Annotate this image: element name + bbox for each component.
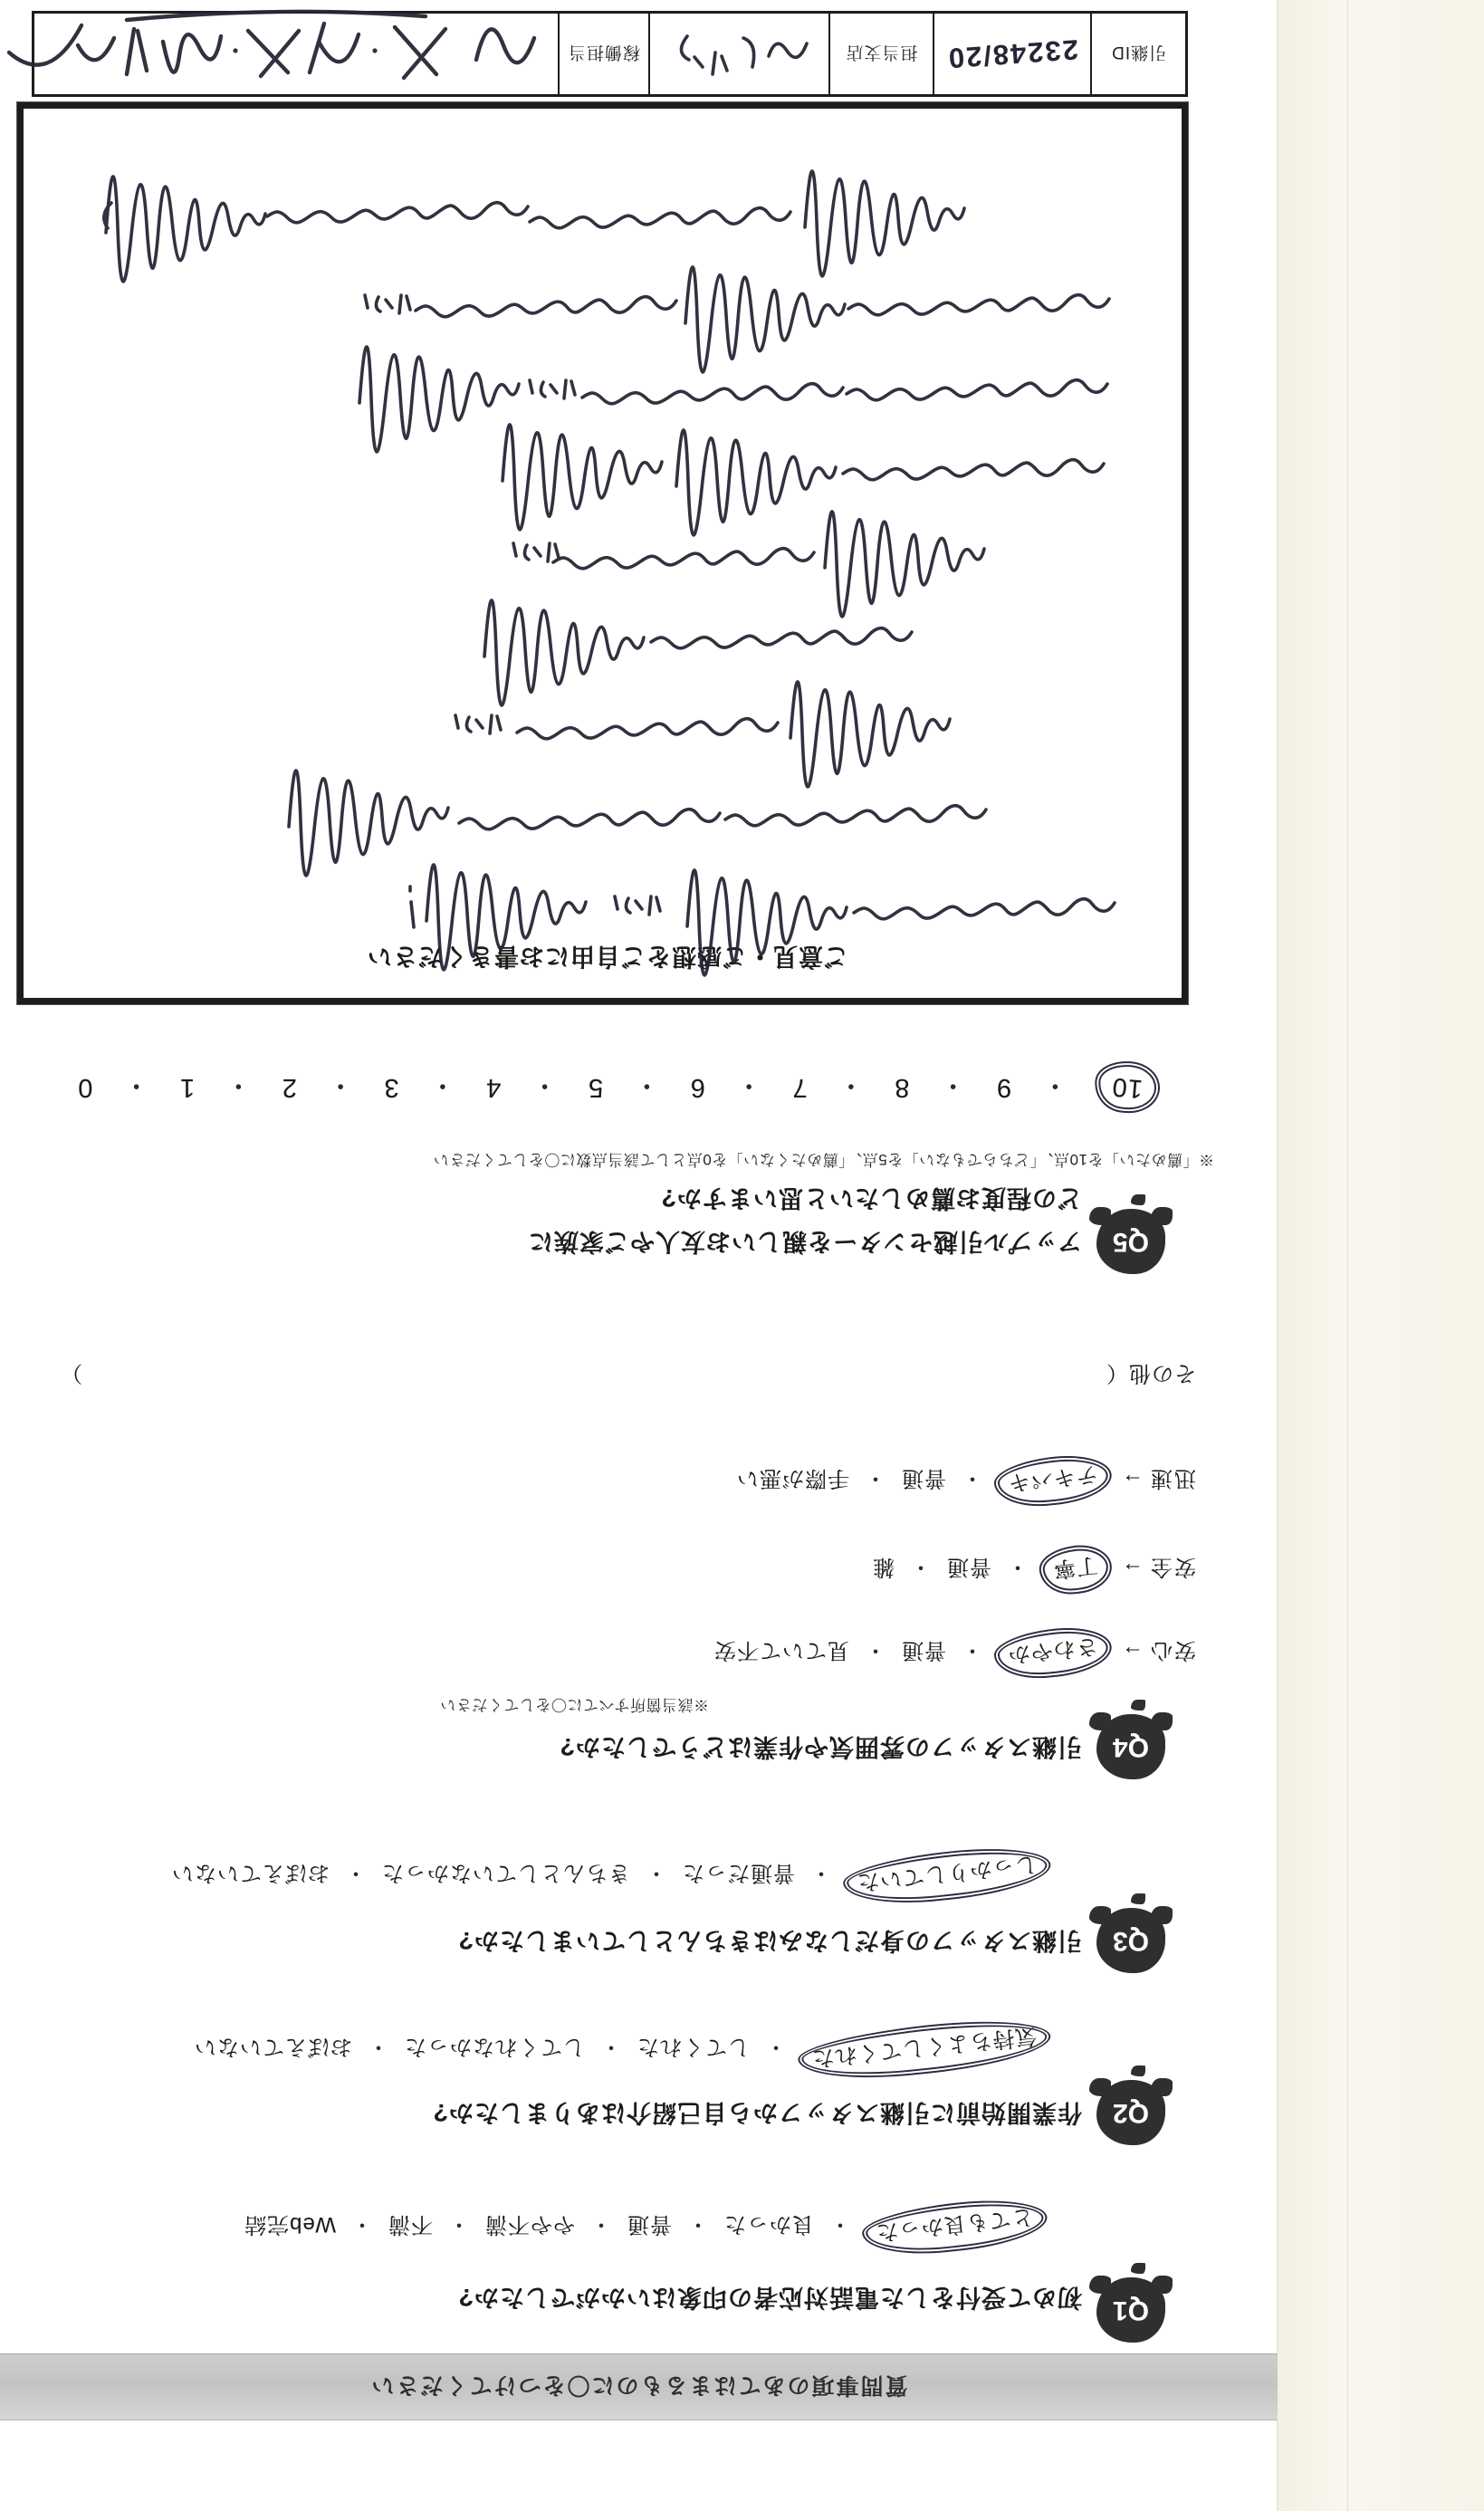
arrow-right-icon: → [1108,1557,1149,1583]
q4-row-anzen: 安全 → 丁寧 ・ 普通 ・ 雑 [872,1554,1196,1586]
separator-dot: ・ [750,2034,801,2065]
q1-option-3: やや不満 [484,2211,575,2243]
staff-label: 稼働担当 [568,42,640,66]
q2-question: 作業開始前に引継スタッフから自己紹介はありましたか? [433,2097,1083,2132]
q1-badge: Q1 [1096,2277,1165,2343]
separator-dot: ・ [849,1465,901,1497]
q1-option-1: 良かった [723,2211,814,2243]
staff-names-handwriting-ink [33,11,552,92]
branch-label: 担当支店 [846,42,918,66]
separator-dot: ・ [1027,1069,1083,1106]
q5-note: ※「薦めたい」を10点、「どちらでもない」を5点、「薦めたくない」を0点として該… [433,1150,1214,1173]
nps-value-9: 9 [996,1072,1011,1102]
q4-jinsoku-option-2: 手際が悪い [736,1465,849,1497]
q3-badge-label: Q3 [1113,1925,1149,1956]
separator-dot: ・ [108,1069,164,1106]
separator-dot: ・ [795,1860,847,1892]
q3-question: 引継スタッフの身だしなみはきちんとしていましたか? [458,1925,1083,1960]
branch-label-cell: 担当支店 [828,14,933,94]
q3-option-0: しっかりしていた [856,1852,1039,1895]
separator-dot: ・ [849,1637,901,1669]
q1-question: 初めて受付をした電話対応者の印象はいかがでしたか? [458,2282,1083,2317]
q4-jinsoku-circle: テキパキ [992,1451,1115,1510]
q2-options: 気持ちよくしてくれた ・ してくれた ・ してくれなかった ・ おぼえていない [194,2034,1048,2065]
nps-value-10: 10 [1110,1072,1144,1104]
q5-badge: Q5 [1096,1209,1165,1274]
nps-scale: 10 ・ 9 ・ 8 ・ 7 ・ 6 ・ 5 ・ 4 ・ 3 ・ 2 ・ 1 ・… [77,1069,1156,1106]
q4-anshin-option-2: 見ていて不安 [713,1637,849,1669]
q3-badge: Q3 [1096,1908,1165,1973]
q1-option-0: とても良かった [875,2204,1035,2245]
nps-value-7: 7 [791,1072,807,1102]
nps-answer-circle: 10 [1092,1059,1162,1116]
separator-dot: ・ [946,1637,998,1669]
q1-options: とても良かった ・ 良かった ・ 普通 ・ やや不満 ・ 不満 ・ Web完結 [244,2211,1044,2243]
q2-badge: Q2 [1096,2080,1165,2145]
q4-other-open: その他（ [1106,1360,1196,1392]
separator-dot: ・ [991,1554,1043,1586]
nps-value-1: 1 [179,1072,195,1102]
arrow-right-icon: → [1108,1641,1149,1666]
q2-option-2: してくれなかった [404,2034,585,2065]
separator-dot: ・ [672,2211,723,2243]
q2-option-1: してくれた [637,2034,750,2065]
separator-dot: ・ [330,1860,381,1892]
scan-edge-strip [1277,0,1484,2511]
separator-dot: ・ [516,1069,572,1106]
separator-dot: ・ [575,2211,627,2243]
q4-anzen-option-2: 雑 [872,1554,895,1586]
separator-dot: ・ [433,2211,484,2243]
handover-id-handwritten-value: 23248/20 [945,33,1078,74]
q2-badge-label: Q2 [1113,2097,1149,2128]
separator-dot: ・ [585,2034,637,2065]
q4-anzen-circle: 丁寧 [1037,1542,1114,1597]
separator-dot: ・ [721,1069,777,1106]
handover-id-value-cell: 23248/20 [933,14,1090,94]
q4-row-anzen-label: 安全 [1149,1554,1196,1586]
separator-dot: ・ [946,1465,998,1497]
q4-jinsoku-option-0: テキパキ [1007,1462,1099,1495]
q4-anshin-circle: さわやか [992,1623,1115,1682]
q2-option-0: 気持ちよくしてくれた [810,2023,1038,2071]
scanned-questionnaire-page: 質問事項のあてはまるものに〇をつけてください Q1 初めて受付をした電話対応者の… [0,0,1484,2511]
nps-value-0: 0 [77,1072,92,1102]
q3-option-1: 普通だった [682,1860,795,1892]
paper-sheet-rotated-180: 質問事項のあてはまるものに〇をつけてください Q1 初めて受付をした電話対応者の… [0,0,1484,2511]
nps-value-8: 8 [894,1072,909,1102]
q4-badge-label: Q4 [1113,1731,1149,1762]
q4-anshin-option-1: 普通 [901,1637,946,1669]
branch-value-cell [648,14,828,94]
q3-options: しっかりしていた ・ 普通だった ・ きちんとしていなかった ・ おぼえていない [171,1860,1048,1892]
q4-note: ※該当箇所すべてに〇をしてください [440,1695,709,1718]
nps-value-2: 2 [282,1072,297,1102]
separator-dot: ・ [630,1860,682,1892]
separator-dot: ・ [312,1069,369,1106]
q4-question: 引継スタッフの雰囲気や作業はどうでしたか? [560,1731,1083,1767]
q4-anzen-option-1: 普通 [946,1554,991,1586]
q4-other-row: その他（ [1106,1360,1196,1392]
handover-header-table: 引継ID 23248/20 担当支店 稼働担当 [32,11,1188,97]
separator-dot: ・ [814,2211,866,2243]
q5-question-line1: アップル引越センターを親しいお友人やご家族に [528,1226,1082,1261]
separator-dot: ・ [895,1554,946,1586]
branch-handwriting-ink [655,14,821,91]
q1-badge-label: Q1 [1113,2295,1149,2325]
handover-id-label: 引継ID [1111,42,1166,66]
q1-option-2: 普通 [627,2211,672,2243]
q2-option-3: おぼえていない [194,2034,352,2065]
q3-option-2: きちんとしていなかった [381,1860,630,1892]
nps-value-6: 6 [690,1072,705,1102]
q4-anshin-option-0: さわやか [1007,1634,1099,1667]
q4-jinsoku-option-1: 普通 [901,1465,946,1497]
q5-question-line2: どの程度お薦めしたいと思いますか? [661,1183,1083,1218]
separator-dot: ・ [352,2034,404,2065]
q4-row-anshin-label: 安心 [1149,1637,1196,1669]
arrow-right-icon: → [1108,1469,1149,1494]
handover-id-label-cell: 引継ID [1090,14,1185,94]
nps-value-4: 4 [485,1072,501,1102]
nps-value-3: 3 [383,1072,398,1102]
instruction-banner-text: 質問事項のあてはまるものに〇をつけてください [370,2371,908,2403]
q5-badge-label: Q5 [1113,1226,1149,1257]
q1-option-4: 不満 [388,2211,433,2243]
q1-option-5: Web完結 [244,2211,336,2243]
q4-badge: Q4 [1096,1714,1165,1779]
q4-other-close: ） [61,1360,82,1392]
staff-names-cell [34,14,558,94]
separator-dot: ・ [822,1069,878,1106]
q4-anzen-option-0: 丁寧 [1051,1552,1099,1581]
paper-crease-line [1347,0,1348,2511]
separator-dot: ・ [414,1069,470,1106]
q2-answer-circle: 気持ちよくしてくれた [796,2013,1053,2087]
nps-value-5: 5 [588,1072,603,1102]
q3-option-3: おぼえていない [171,1860,330,1892]
q4-row-jinsoku-label: 迅速 [1149,1465,1196,1497]
comment-box: ご意見・ご感想をご自由にお書きください [17,102,1188,1004]
q4-row-jinsoku: 迅速 → テキパキ ・ 普通 ・ 手際が悪い [736,1465,1196,1497]
q1-answer-circle: とても良かった [860,2193,1049,2260]
separator-dot: ・ [618,1069,675,1106]
separator-dot: ・ [924,1069,981,1106]
staff-label-cell: 稼働担当 [558,14,648,94]
q3-answer-circle: しっかりしていた [841,1841,1053,1911]
instruction-banner: 質問事項のあてはまるものに〇をつけてください [0,2353,1278,2420]
handwritten-comment-ink [41,120,1173,944]
separator-dot: ・ [210,1069,266,1106]
separator-dot: ・ [336,2211,388,2243]
q4-row-anshin: 安心 → さわやか ・ 普通 ・ 見ていて不安 [713,1637,1196,1669]
